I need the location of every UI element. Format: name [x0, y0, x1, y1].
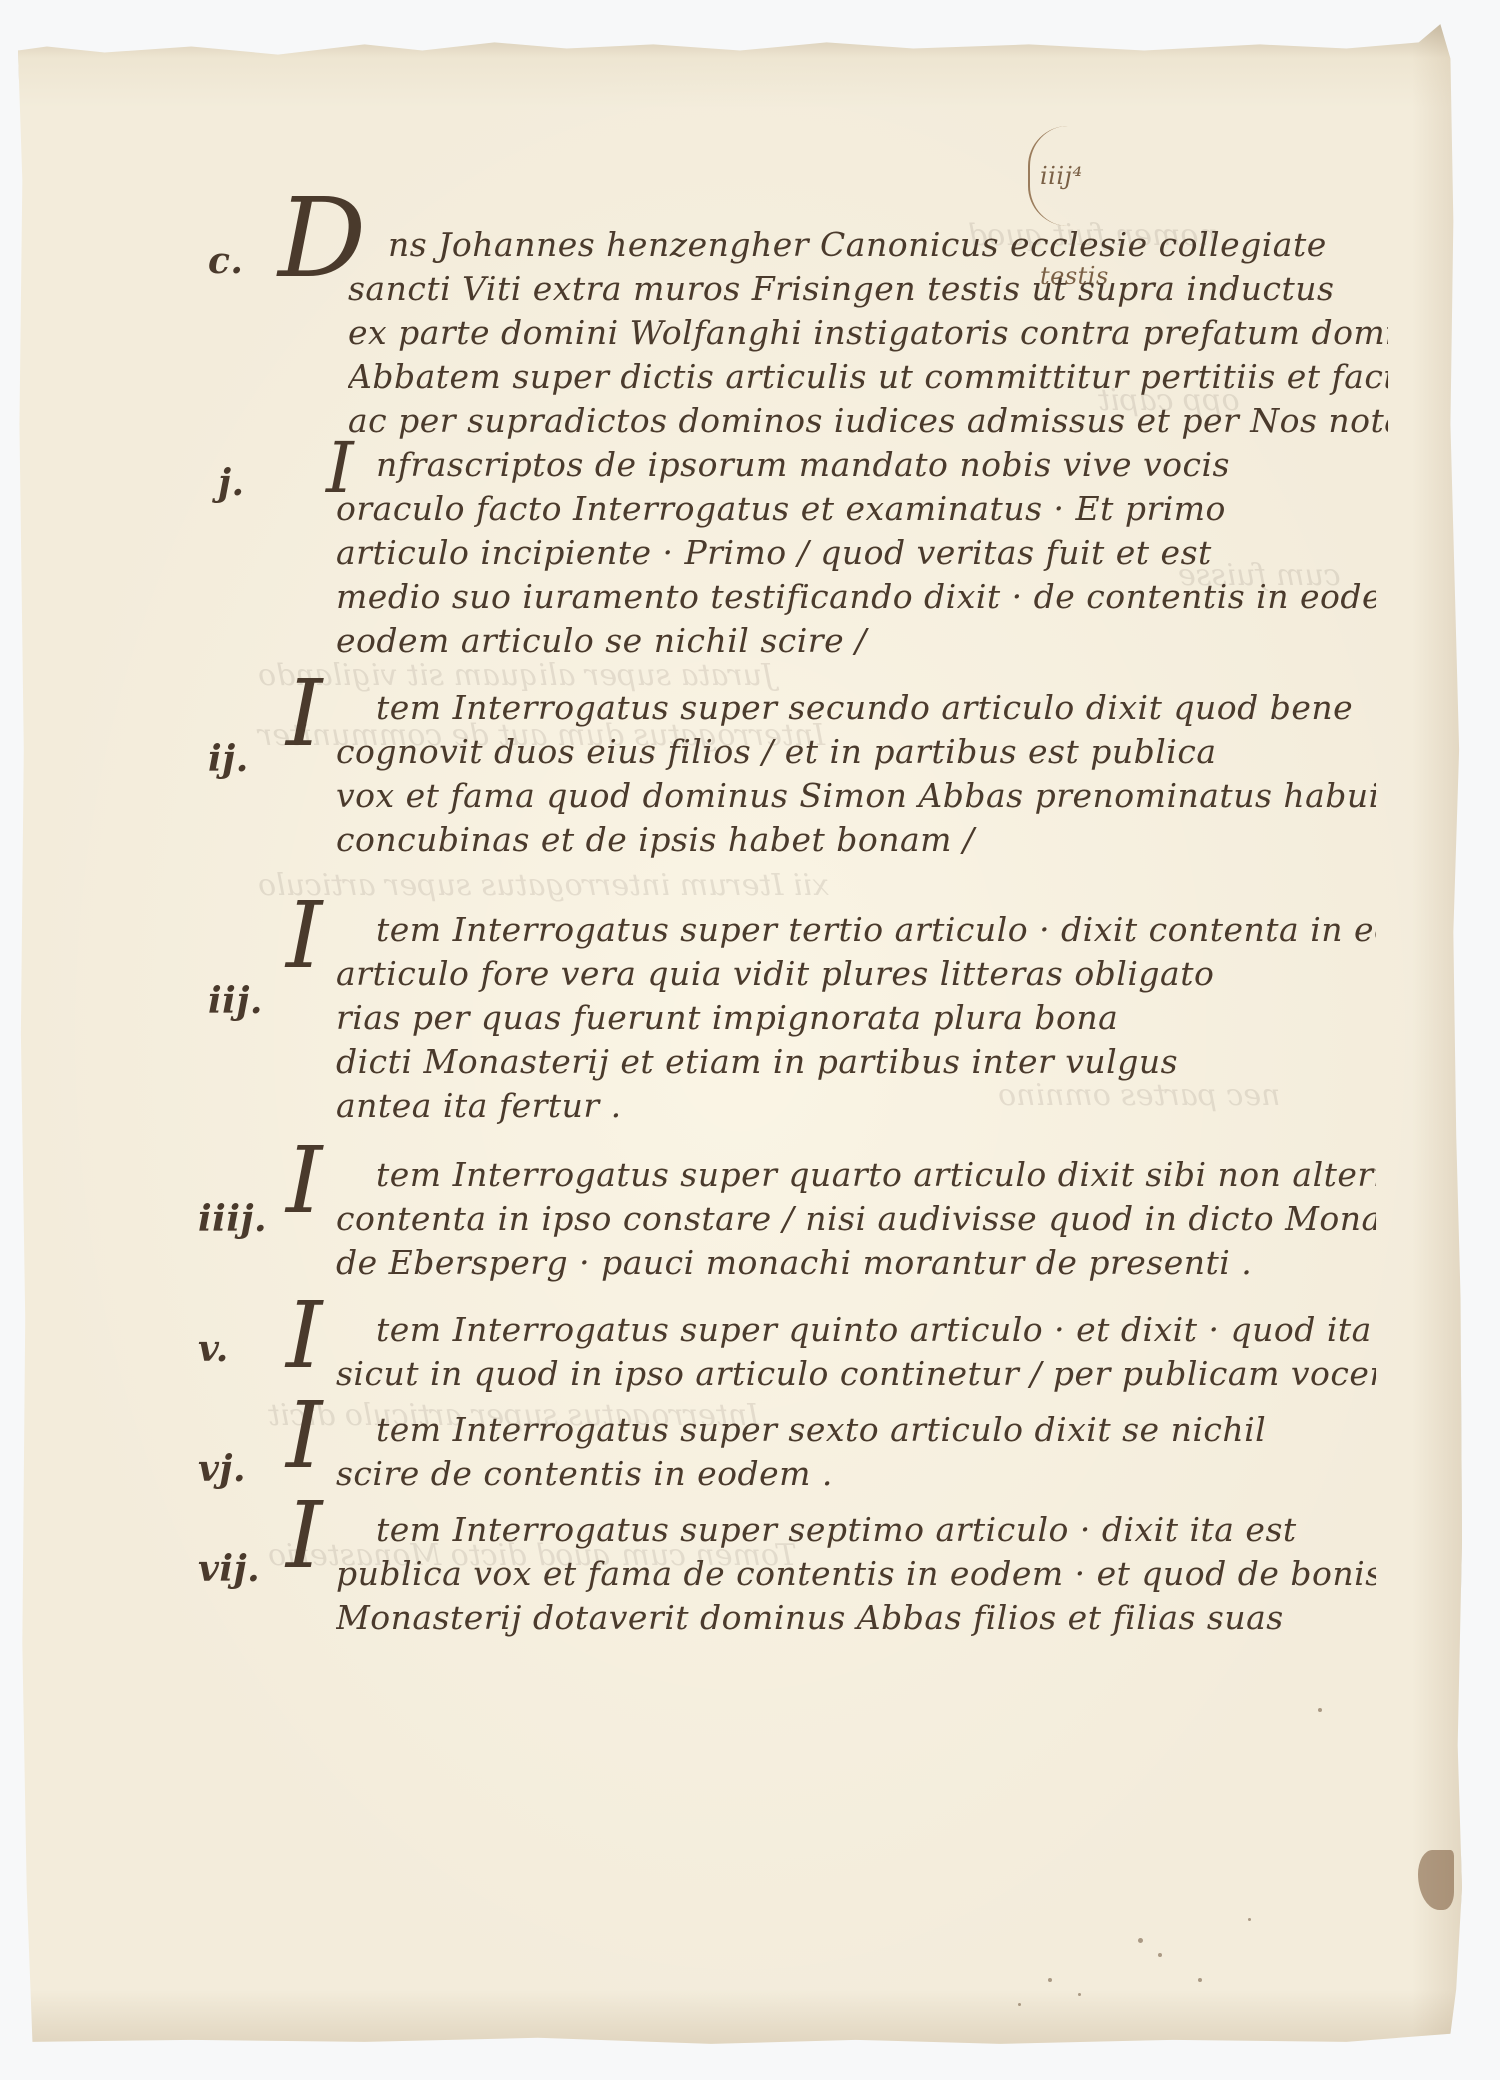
text-line: oraculo facto Interrogatus et examinatus… — [336, 487, 1376, 531]
text-line: concubinas et de ipsis habet bonam / — [336, 818, 1376, 862]
text-line: vox et fama quod dominus Simon Abbas pre… — [336, 774, 1376, 818]
text-line: publica vox et fama de contentis in eode… — [336, 1552, 1376, 1596]
text-line: tem Interrogatus super quinto articulo ·… — [336, 1308, 1376, 1352]
text-line: nfrascriptos de ipsorum mandato nobis vi… — [336, 443, 1376, 487]
text-line: articulo fore vera quia vidit plures lit… — [336, 952, 1376, 996]
text-line: scire de contentis in eodem . — [336, 1452, 1376, 1496]
margin-numeral: vij. — [198, 1548, 260, 1590]
foxing-speck — [1018, 2003, 1021, 2006]
entry-article-4: I tem Interrogatus super quarto articulo… — [336, 1153, 1376, 1285]
foxing-speck — [1078, 1993, 1081, 1996]
text-line: dicti Monasterij et etiam in partibus in… — [336, 1040, 1376, 1084]
text-line: medio suo iuramento testificando dixit ·… — [336, 575, 1376, 619]
decorated-initial: I — [326, 433, 354, 503]
text-line: ac per supradictos dominos iudices admis… — [348, 399, 1388, 443]
decorated-initial: I — [286, 1135, 323, 1227]
decorated-initial: D — [278, 183, 367, 293]
foxing-speck — [1158, 1953, 1162, 1957]
foxing-speck — [1318, 1708, 1322, 1712]
text-line: eodem articulo se nichil scire / — [336, 619, 1376, 663]
entry-article-3: I tem Interrogatus super tertio articulo… — [336, 908, 1376, 1128]
folio-mark: iiij⁴ testis — [1028, 126, 1114, 226]
text-line: ex parte domini Wolfanghi instigatoris c… — [348, 311, 1388, 355]
entry-article-7: I tem Interrogatus super septimo articul… — [336, 1508, 1376, 1640]
entry-article-6: I tem Interrogatus super sexto articulo … — [336, 1408, 1376, 1496]
text-line: tem Interrogatus super quarto articulo d… — [336, 1153, 1376, 1197]
decorated-initial: I — [286, 668, 323, 760]
margin-numeral: iiij. — [198, 1198, 267, 1240]
margin-numeral: c. — [208, 240, 243, 282]
decorated-initial: I — [286, 890, 323, 982]
show-through-text: xii Iterum interrogatus super articulo — [258, 868, 829, 903]
edge-stain — [1418, 1850, 1454, 1910]
foxing-speck — [1138, 1938, 1143, 1943]
decorated-initial: I — [286, 1390, 323, 1482]
entry-article-5: I tem Interrogatus super quinto articulo… — [336, 1308, 1376, 1396]
manuscript-page: nomen fuit quod opp capit cum fuisse Jur… — [18, 18, 1462, 2050]
margin-numeral: j. — [218, 462, 245, 504]
entry-article-1: I nfrascriptos de ipsorum mandato nobis … — [336, 443, 1376, 663]
text-line: tem Interrogatus super septimo articulo … — [336, 1508, 1376, 1552]
entry-article-2: I tem Interrogatus super secundo articul… — [336, 686, 1376, 862]
margin-numeral: ij. — [208, 738, 249, 780]
margin-numeral: v. — [198, 1328, 229, 1370]
foxing-speck — [1048, 1978, 1052, 1982]
text-line: de Ebersperg · pauci monachi morantur de… — [336, 1241, 1376, 1285]
margin-numeral: iij. — [208, 980, 263, 1022]
foxing-speck — [1198, 1978, 1202, 1982]
text-line: cognovit duos eius filios / et in partib… — [336, 730, 1376, 774]
text-line: ns Johannes henzengher Canonicus ecclesi… — [348, 223, 1388, 267]
text-line: sicut in quod in ipso articulo continetu… — [336, 1352, 1376, 1396]
entry-deponent-intro: D ns Johannes henzengher Canonicus eccle… — [348, 223, 1388, 443]
decorated-initial: I — [286, 1490, 323, 1582]
foxing-speck — [1248, 1918, 1251, 1921]
text-line: articulo incipiente · Primo / quod verit… — [336, 531, 1376, 575]
text-line: contenta in ipso constare / nisi audivis… — [336, 1197, 1376, 1241]
text-line: tem Interrogatus super tertio articulo ·… — [336, 908, 1376, 952]
margin-numeral: vj. — [198, 1448, 246, 1490]
text-line: tem Interrogatus super secundo articulo … — [336, 686, 1376, 730]
text-line: rias per quas fuerunt impignorata plura … — [336, 996, 1376, 1040]
text-line: Abbatem super dictis articulis ut commit… — [348, 355, 1388, 399]
text-line: sancti Viti extra muros Frisingen testis… — [348, 267, 1388, 311]
text-line: Monasterij dotaverit dominus Abbas filio… — [336, 1596, 1376, 1640]
text-line: antea ita fertur . — [336, 1084, 1376, 1128]
decorated-initial: I — [286, 1290, 323, 1382]
text-line: tem Interrogatus super sexto articulo di… — [336, 1408, 1376, 1452]
